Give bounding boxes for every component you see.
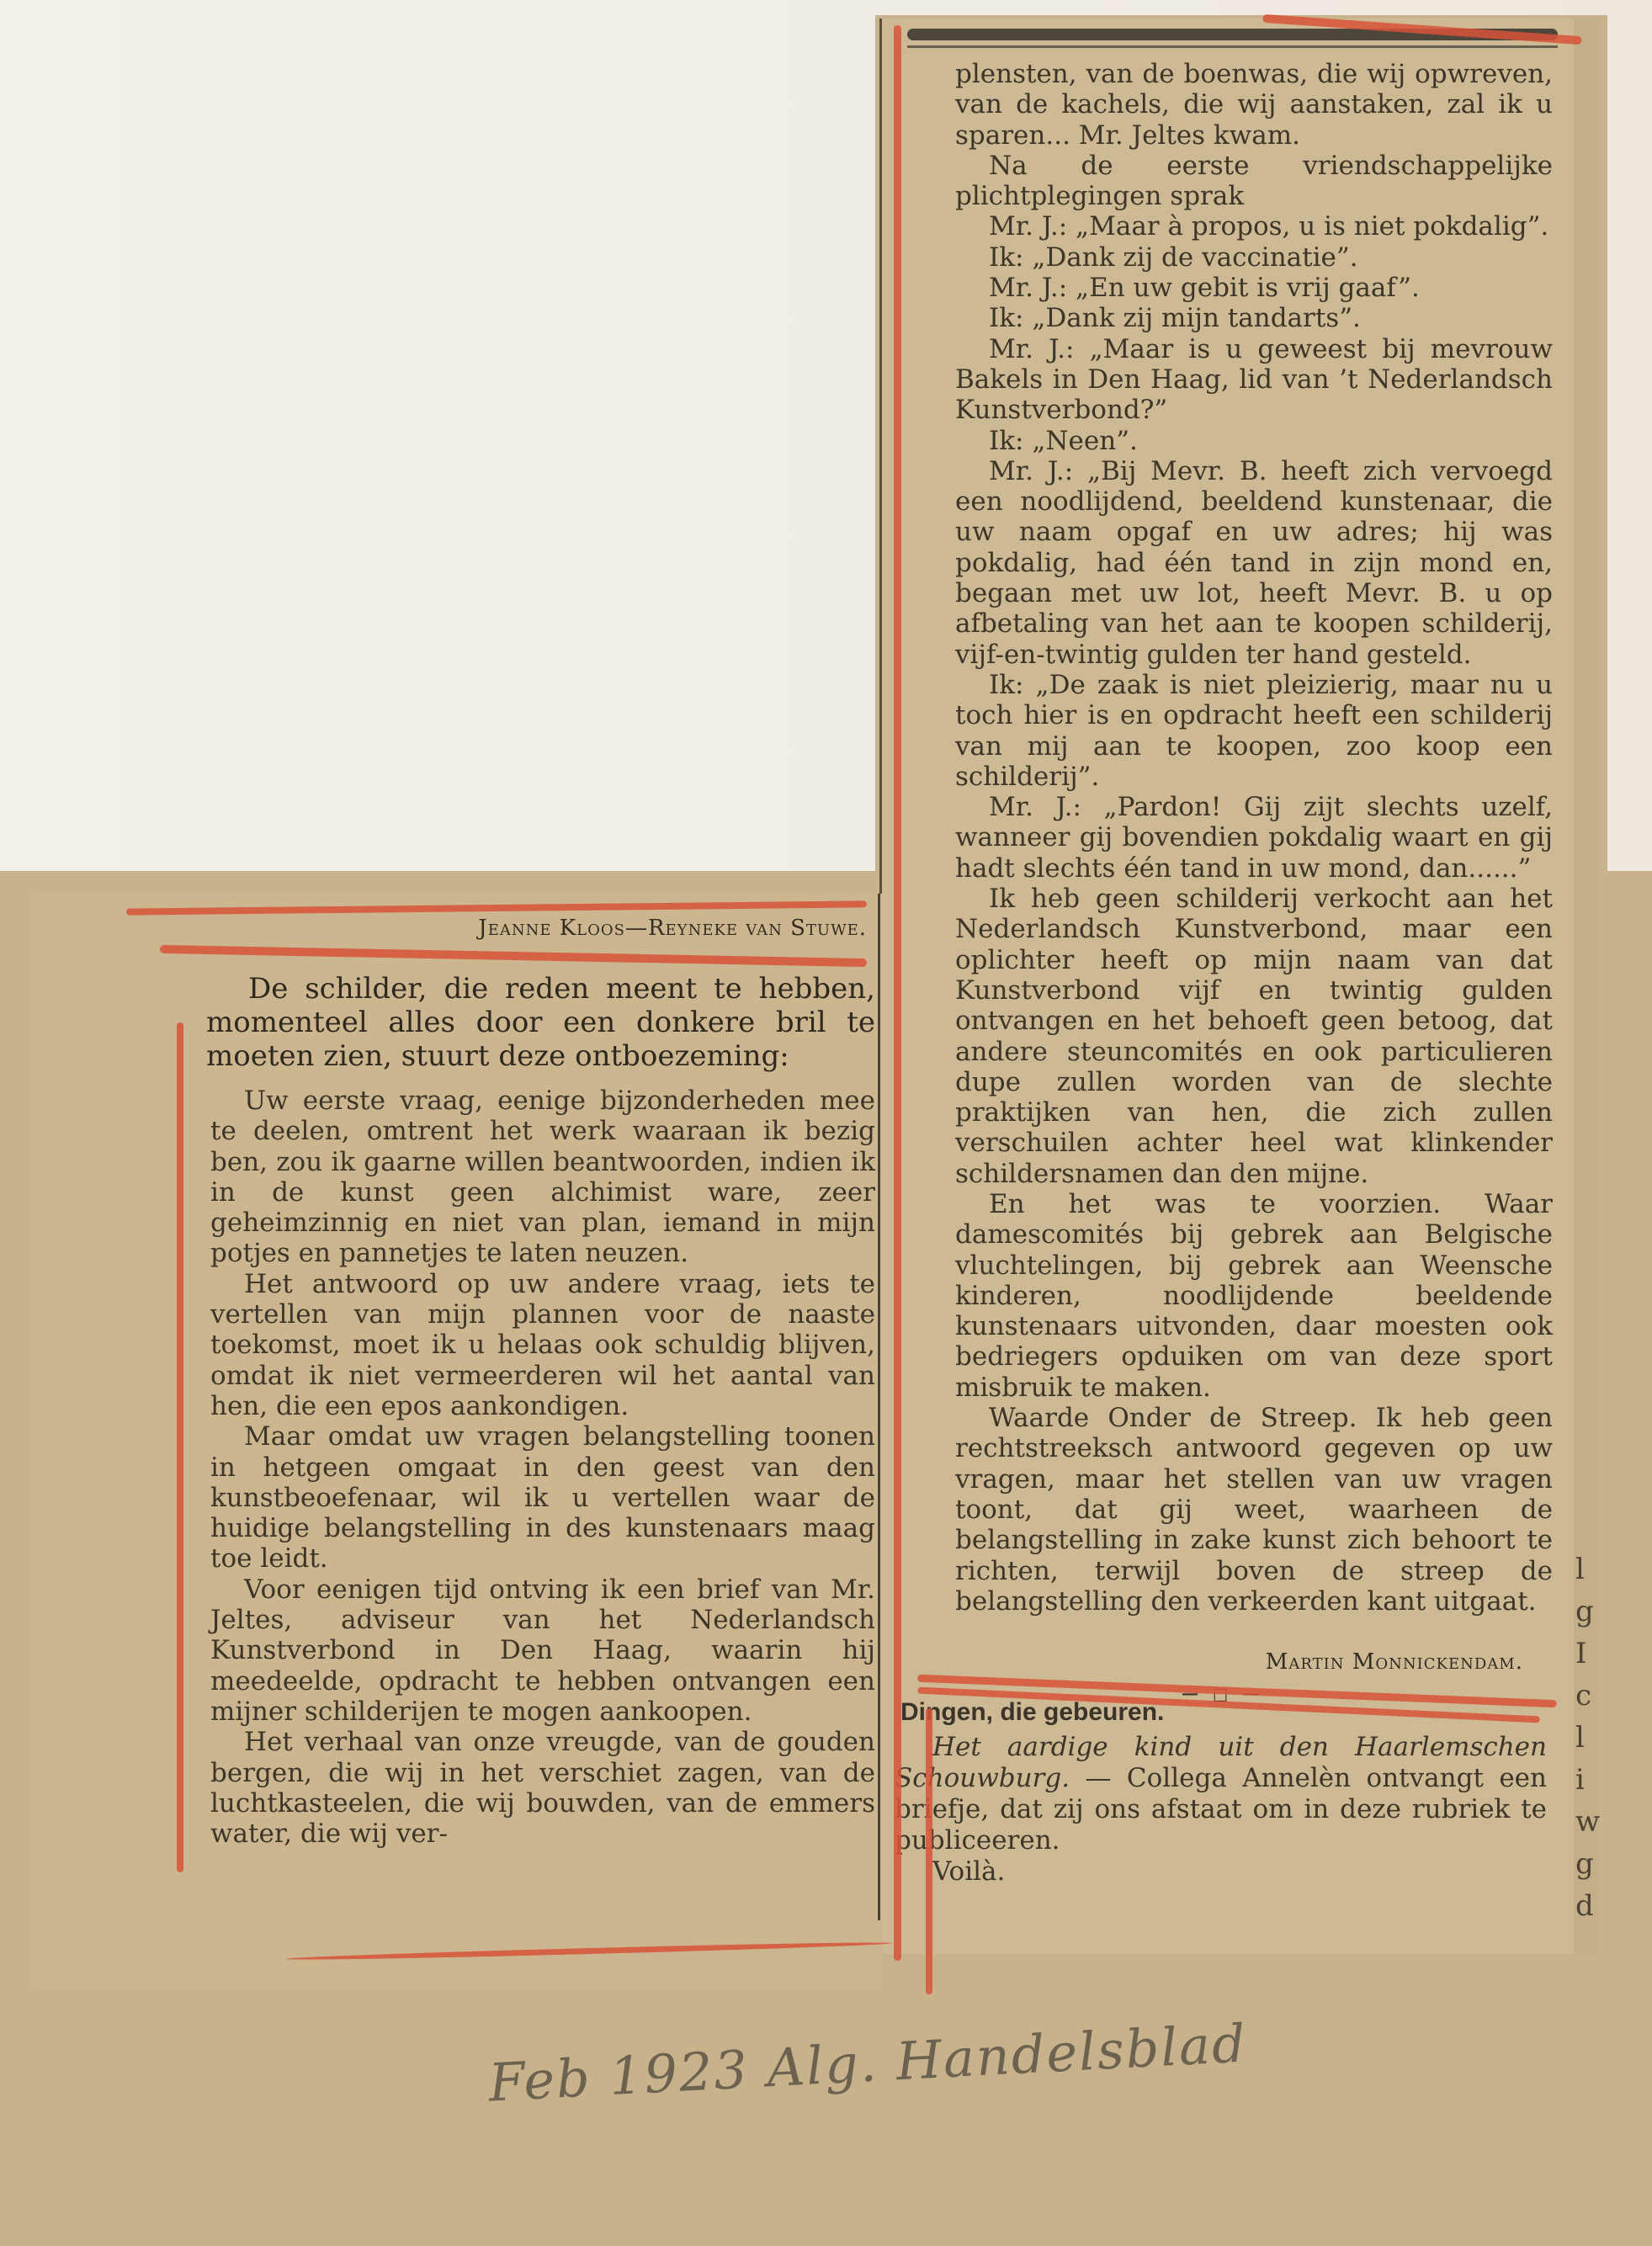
article-paragraph: Voor eenigen tijd ontving ik een brief v… xyxy=(210,1574,875,1727)
column-top-thin-rule xyxy=(907,45,1558,48)
red-pencil-mark-vertical-lower xyxy=(926,1708,932,1994)
article-paragraph: Waarde Onder de Streep. Ik heb geen rech… xyxy=(955,1403,1553,1617)
intro-paragraph: De schilder, die reden meent te hebben, … xyxy=(206,972,875,1073)
article-paragraph: Ik heb geen schilderij verkocht aan het … xyxy=(955,884,1553,1189)
section-paragraph: Het aardige kind uit den Haarlemschen Sc… xyxy=(895,1732,1547,1856)
article-paragraph: Ik: „Dank zij de vaccinatie”. xyxy=(955,242,1553,273)
byline: Jeanne Kloos—Reyneke van Stuwe. xyxy=(311,916,867,941)
author-signature: Martin Monnickendam. xyxy=(1136,1649,1523,1675)
adjacent-column-letter: l xyxy=(1575,1717,1599,1759)
adjacent-column-letter: d xyxy=(1575,1885,1599,1927)
red-pencil-mark-vertical xyxy=(894,25,901,1961)
article-paragraph: Mr. J.: „Bij Mevr. B. heeft zich vervoeg… xyxy=(955,456,1553,670)
article-paragraph: Ik: „Neen”. xyxy=(955,426,1553,456)
section-body: Het aardige kind uit den Haarlemschen Sc… xyxy=(895,1732,1547,1888)
red-pencil-mark-vertical-left xyxy=(177,1022,183,1872)
adjacent-column-letter: g xyxy=(1575,1590,1599,1633)
article-paragraph: Mr. J.: „En uw gebit is vrij gaaf”. xyxy=(955,273,1553,303)
section-closing: Voilà. xyxy=(895,1856,1547,1888)
article-paragraph: Maar omdat uw vragen belangstelling toon… xyxy=(210,1421,875,1574)
article-paragraph: Ik: „De zaak is niet pleizierig, maar nu… xyxy=(955,670,1553,792)
adjacent-column-letter: g xyxy=(1575,1843,1599,1885)
article-paragraph: En het was te voorzien. Waar damescomité… xyxy=(955,1189,1553,1403)
article-paragraph: Na de eerste vriendschappelijke plichtpl… xyxy=(955,151,1553,212)
adjacent-column-letter: I xyxy=(1575,1633,1599,1675)
article-paragraph: Ik: „Dank zij mijn tandarts”. xyxy=(955,303,1553,333)
adjacent-column-letter: w xyxy=(1575,1801,1599,1843)
article-paragraph: Mr. J.: „Pardon! Gij zijt slechts uzelf,… xyxy=(955,792,1553,884)
article-paragraph: Uw eerste vraag, eenige bijzonderheden m… xyxy=(210,1086,875,1269)
article-paragraph: Het verhaal van onze vreugde, van de gou… xyxy=(210,1727,875,1849)
article-paragraph: plensten, van de boenwas, die wij opwrev… xyxy=(955,59,1553,151)
column-separator-rule xyxy=(878,894,880,1920)
article-paragraph: Mr. J.: „Maar à propos, u is niet pokdal… xyxy=(955,211,1553,242)
adjacent-column-letter: l xyxy=(1575,1548,1599,1590)
adjacent-column-letters: lgIcliwgd xyxy=(1575,1548,1599,1927)
adjacent-column-letter: c xyxy=(1575,1675,1599,1717)
left-article-column: Uw eerste vraag, eenige bijzonderheden m… xyxy=(210,1086,875,1849)
article-paragraph: Het antwoord op uw andere vraag, iets te… xyxy=(210,1269,875,1421)
article-paragraph: Mr. J.: „Maar is u geweest bij mevrouw B… xyxy=(955,334,1553,426)
right-article-column: plensten, van de boenwas, die wij opwrev… xyxy=(955,59,1553,1617)
adjacent-column-letter: i xyxy=(1575,1759,1599,1801)
article-intro: De schilder, die reden meent te hebben, … xyxy=(206,972,875,1073)
